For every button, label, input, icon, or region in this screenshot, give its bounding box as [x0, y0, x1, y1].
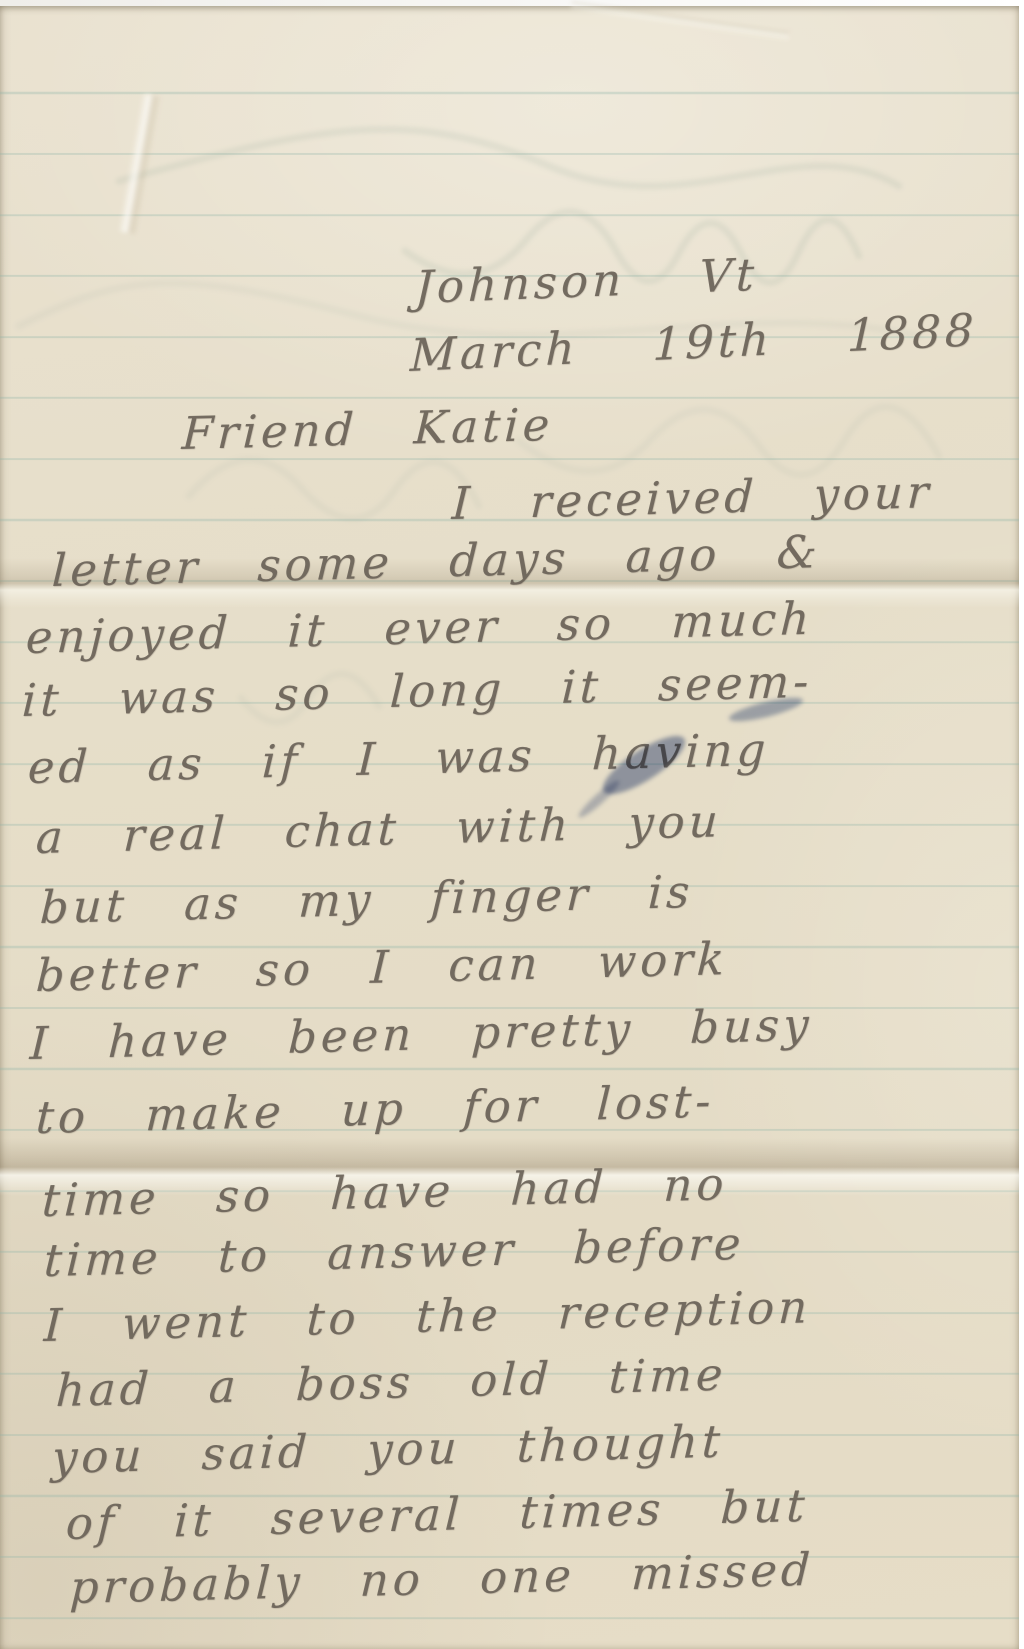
scanned-letter-page: Johnson Vt March 19th 1888 Friend Katie … — [0, 0, 1024, 1649]
salutation: Friend Katie — [181, 399, 555, 460]
letter-paper: Johnson Vt March 19th 1888 Friend Katie … — [0, 6, 1019, 1649]
